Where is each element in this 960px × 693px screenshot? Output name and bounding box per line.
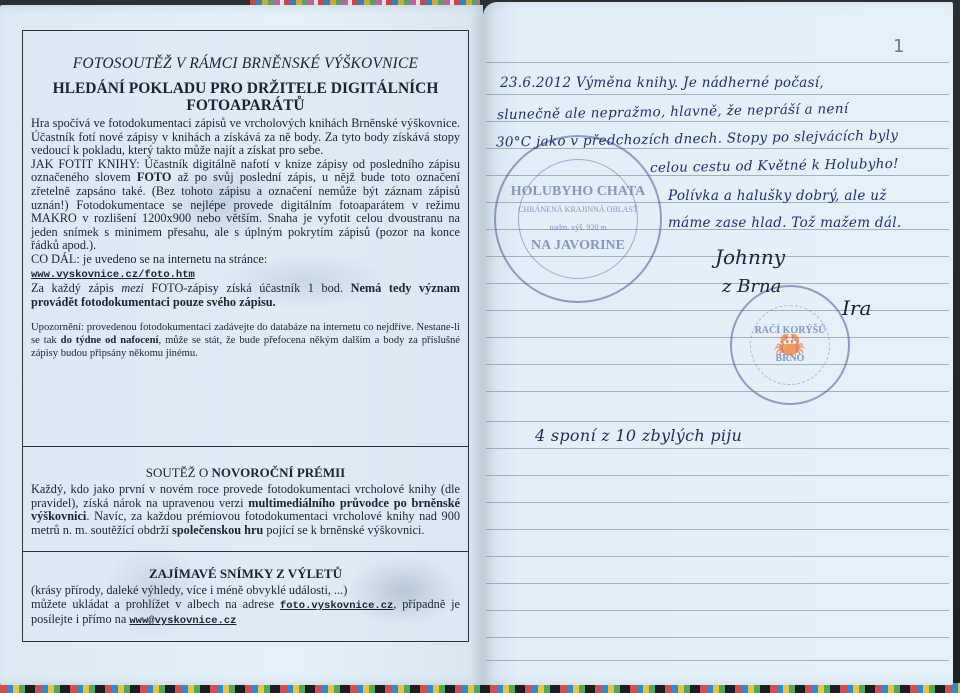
ruled-line	[486, 610, 949, 611]
ruled-line	[486, 391, 949, 392]
ruled-line	[486, 421, 949, 422]
note-line: 4 sponí z 10 zbylých piju	[535, 426, 742, 445]
photos-title-text: ZAJÍMAVÉ SNÍMKY Z VÝLETŮ	[149, 566, 342, 581]
ruled-line	[486, 364, 949, 365]
new-year-premium-section: SOUTĚŽ O NOVOROČNÍ PRÉMII Každý, kdo jak…	[23, 446, 468, 551]
premium-game: společenskou hru	[172, 523, 263, 537]
album-link[interactable]: foto.vyskovnice.cz	[280, 600, 393, 612]
premium-title-plain: SOUTĚŽ O	[146, 465, 212, 480]
ruled-line	[486, 337, 949, 338]
ruled-line	[486, 583, 949, 584]
points-text: Za každý zápis	[31, 281, 121, 295]
page-number: 1	[893, 36, 904, 57]
ruled-line	[486, 448, 949, 449]
signature: z Brna	[722, 276, 781, 297]
signature: Johnny	[715, 245, 785, 269]
trip-photos-section: ZAJÍMAVÉ SNÍMKY Z VÝLETŮ (krásy přírody,…	[23, 551, 468, 640]
ruled-line	[486, 637, 949, 638]
foto-page-link[interactable]: www.vyskovnice.cz/foto.htm	[31, 269, 195, 281]
next-steps: CO DÁL: je uvedeno se na internetu na st…	[31, 253, 460, 267]
ruled-line	[486, 62, 949, 63]
treasure-hunt-section: FOTOSOUTĚŽ V RÁMCI BRNĚNSKÉ VÝŠKOVNICE H…	[23, 31, 468, 446]
premium-text-3: pojící se k brněnské výškovnici.	[263, 523, 424, 537]
foto-keyword: FOTO	[137, 170, 172, 184]
warning-note: Upozornění: provedenou fotodokumentaci z…	[31, 321, 460, 360]
crab-stamp: RAČÍ KORÝŠŮ 🦀 BRNO	[730, 285, 850, 405]
how-to-photograph: JAK FOTIT KNIHY: Účastník digitálně nafo…	[31, 158, 460, 253]
ruled-line	[486, 660, 949, 661]
entry-line: 23.6.2012 Výměna knihy. Je nádherné poča…	[500, 75, 824, 91]
stamp-raci-top: RAČÍ KORÝŠŮ	[755, 324, 826, 338]
ruled-line	[486, 310, 949, 311]
warning-deadline: do týdne od nafocení	[61, 335, 159, 346]
points-rule: Za každý zápis mezi FOTO-zápisy získá úč…	[31, 282, 460, 309]
ruled-line	[486, 529, 949, 530]
flyer-intro: Hra spočívá ve fotodokumentaci zápisů ve…	[31, 117, 460, 158]
entry-line: máme zase hlad. Tož mažem dál.	[668, 215, 901, 231]
stamp-raci-bottom: BRNO	[755, 352, 826, 366]
photos-subtitle: (krásy přírody, daleké výhledy, více i m…	[31, 584, 460, 598]
points-emphasis: mezi	[121, 281, 144, 295]
signature: Ira	[842, 296, 871, 320]
ruled-line	[486, 94, 949, 95]
holubyho-chata-stamp: HOLUBYHO CHATA CHRÁNENÁ KRAJINNÁ OBLASŤ …	[494, 135, 662, 303]
flyer-subtitle: FOTOSOUTĚŽ V RÁMCI BRNĚNSKÉ VÝŠKOVNICE	[31, 55, 460, 73]
stamp-holuby-altitude: nadm. výš. 920 m	[511, 219, 645, 237]
points-text-cont: FOTO-zápisy získá účastník 1 bod.	[144, 281, 351, 295]
stamp-holuby-top: HOLUBYHO CHATA	[511, 183, 645, 201]
ruled-line	[486, 556, 949, 557]
premium-title-bold: NOVOROČNÍ PRÉMII	[212, 465, 346, 480]
entry-line: Polívka a halušky dobrý, ale už	[668, 188, 887, 204]
ruled-line	[486, 475, 949, 476]
ruled-line	[486, 502, 949, 503]
premium-title: SOUTĚŽ O NOVOROČNÍ PRÉMII	[31, 465, 460, 481]
photo-contest-flyer: FOTOSOUTĚŽ V RÁMCI BRNĚNSKÉ VÝŠKOVNICE H…	[22, 30, 469, 642]
photos-text-1: můžete ukládat a prohlížet v albech na a…	[31, 597, 280, 611]
crab-icon: 🦀	[755, 338, 826, 352]
stamp-holuby-inner: CHRÁNENÁ KRAJINNÁ OBLASŤ	[511, 201, 645, 219]
photos-text: můžete ukládat a prohlížet v albech na a…	[31, 598, 460, 629]
flyer-title: HLEDÁNÍ POKLADU PRO DRŽITELE DIGITÁLNÍCH…	[31, 80, 460, 114]
stamp-holuby-bottom: NA JAVORINE	[511, 237, 645, 255]
premium-text: Každý, kdo jako první v novém roce prove…	[31, 483, 460, 537]
email-link[interactable]: www@vyskovnice.cz	[129, 615, 236, 627]
photos-title: ZAJÍMAVÉ SNÍMKY Z VÝLETŮ	[31, 566, 460, 582]
